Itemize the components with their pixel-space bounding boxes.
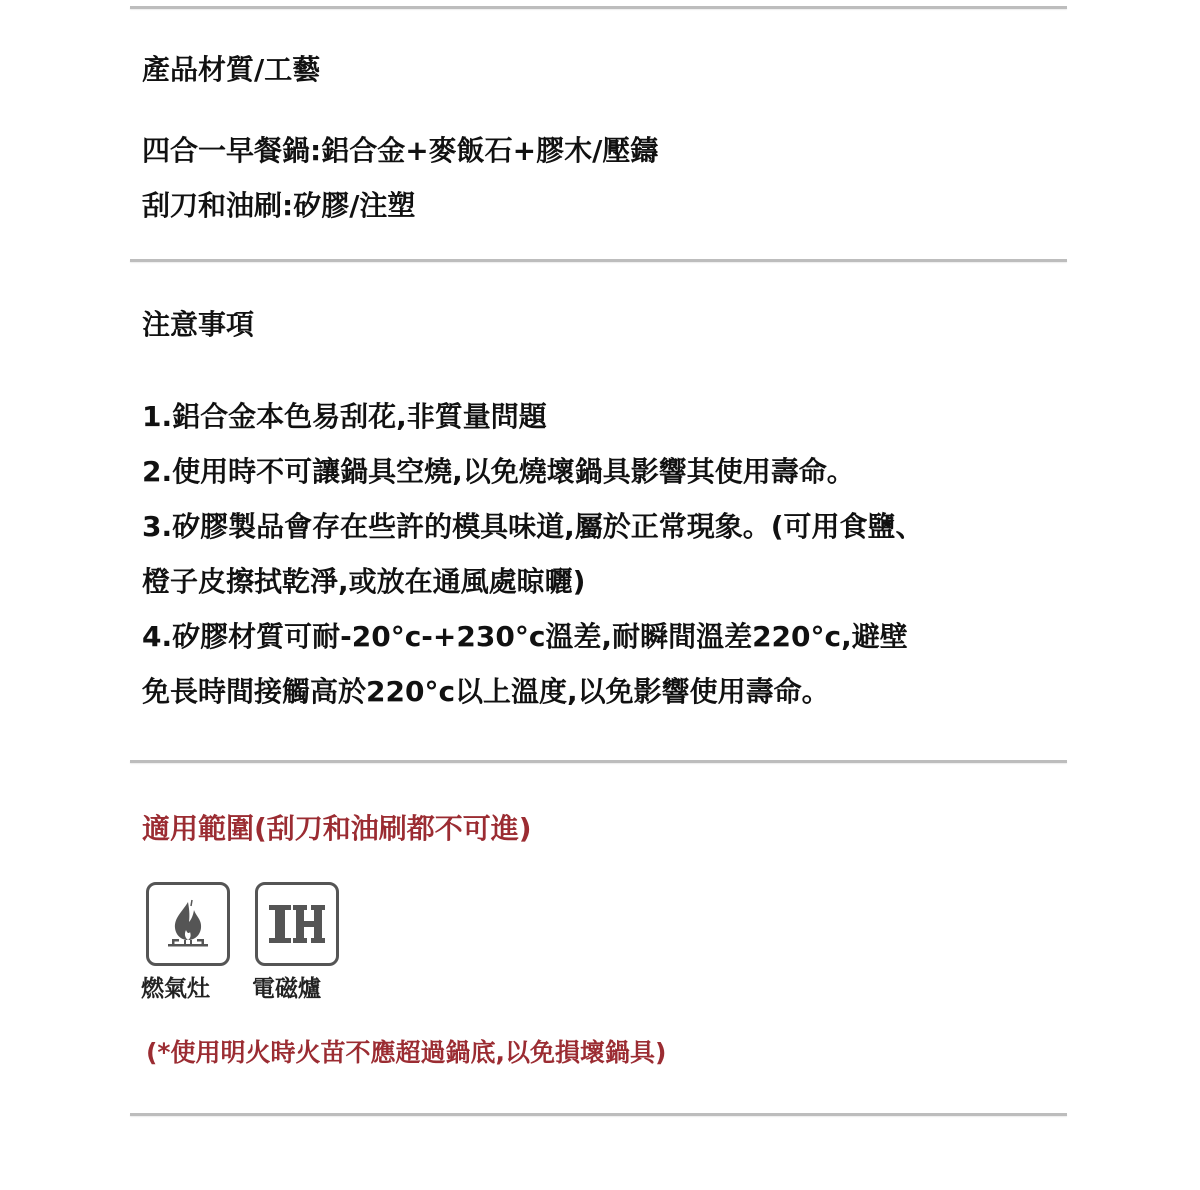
gas-stove-icon bbox=[146, 882, 230, 966]
note-line-6: 免長時間接觸高於220°c以上溫度,以免影響使用壽命。 bbox=[142, 678, 830, 706]
note-line-5: 4.矽膠材質可耐-20°c-+230°c溫差,耐瞬間溫差220°c,避壁 bbox=[142, 623, 908, 651]
note-line-4: 橙子皮擦拭乾淨,或放在通風處晾曬) bbox=[142, 568, 585, 596]
note-line-3: 3.矽膠製品會存在些許的模具味道,屬於正常現象。(可用食鹽、 bbox=[142, 513, 924, 541]
induction-ih-icon bbox=[255, 882, 339, 966]
divider-top bbox=[130, 6, 1067, 9]
notes-heading: 注意事項 bbox=[142, 311, 254, 339]
material-line-2: 刮刀和油刷:矽膠/注塑 bbox=[142, 192, 415, 220]
divider-after-notes bbox=[130, 760, 1067, 763]
induction-label: 電磁爐 bbox=[252, 978, 321, 1001]
open-flame-warning: (*使用明火時火苗不應超過鍋底,以免損壞鍋具) bbox=[146, 1040, 666, 1065]
note-line-1: 1.鋁合金本色易刮花,非質量問題 bbox=[142, 403, 547, 431]
note-line-2: 2.使用時不可讓鍋具空燒,以免燒壞鍋具影響其使用壽命。 bbox=[142, 458, 855, 486]
applicable-heading: 適用範圍(刮刀和油刷都不可進) bbox=[142, 815, 532, 843]
material-line-1: 四合一早餐鍋:鋁合金+麥飯石+膠木/壓鑄 bbox=[142, 137, 658, 165]
divider-bottom bbox=[130, 1113, 1067, 1116]
material-heading: 產品材質/工藝 bbox=[142, 56, 320, 84]
flame-burner-icon bbox=[158, 894, 218, 954]
ih-glyph-icon bbox=[265, 899, 329, 949]
divider-after-material bbox=[130, 259, 1067, 262]
gas-stove-label: 燃氣灶 bbox=[141, 978, 210, 1001]
